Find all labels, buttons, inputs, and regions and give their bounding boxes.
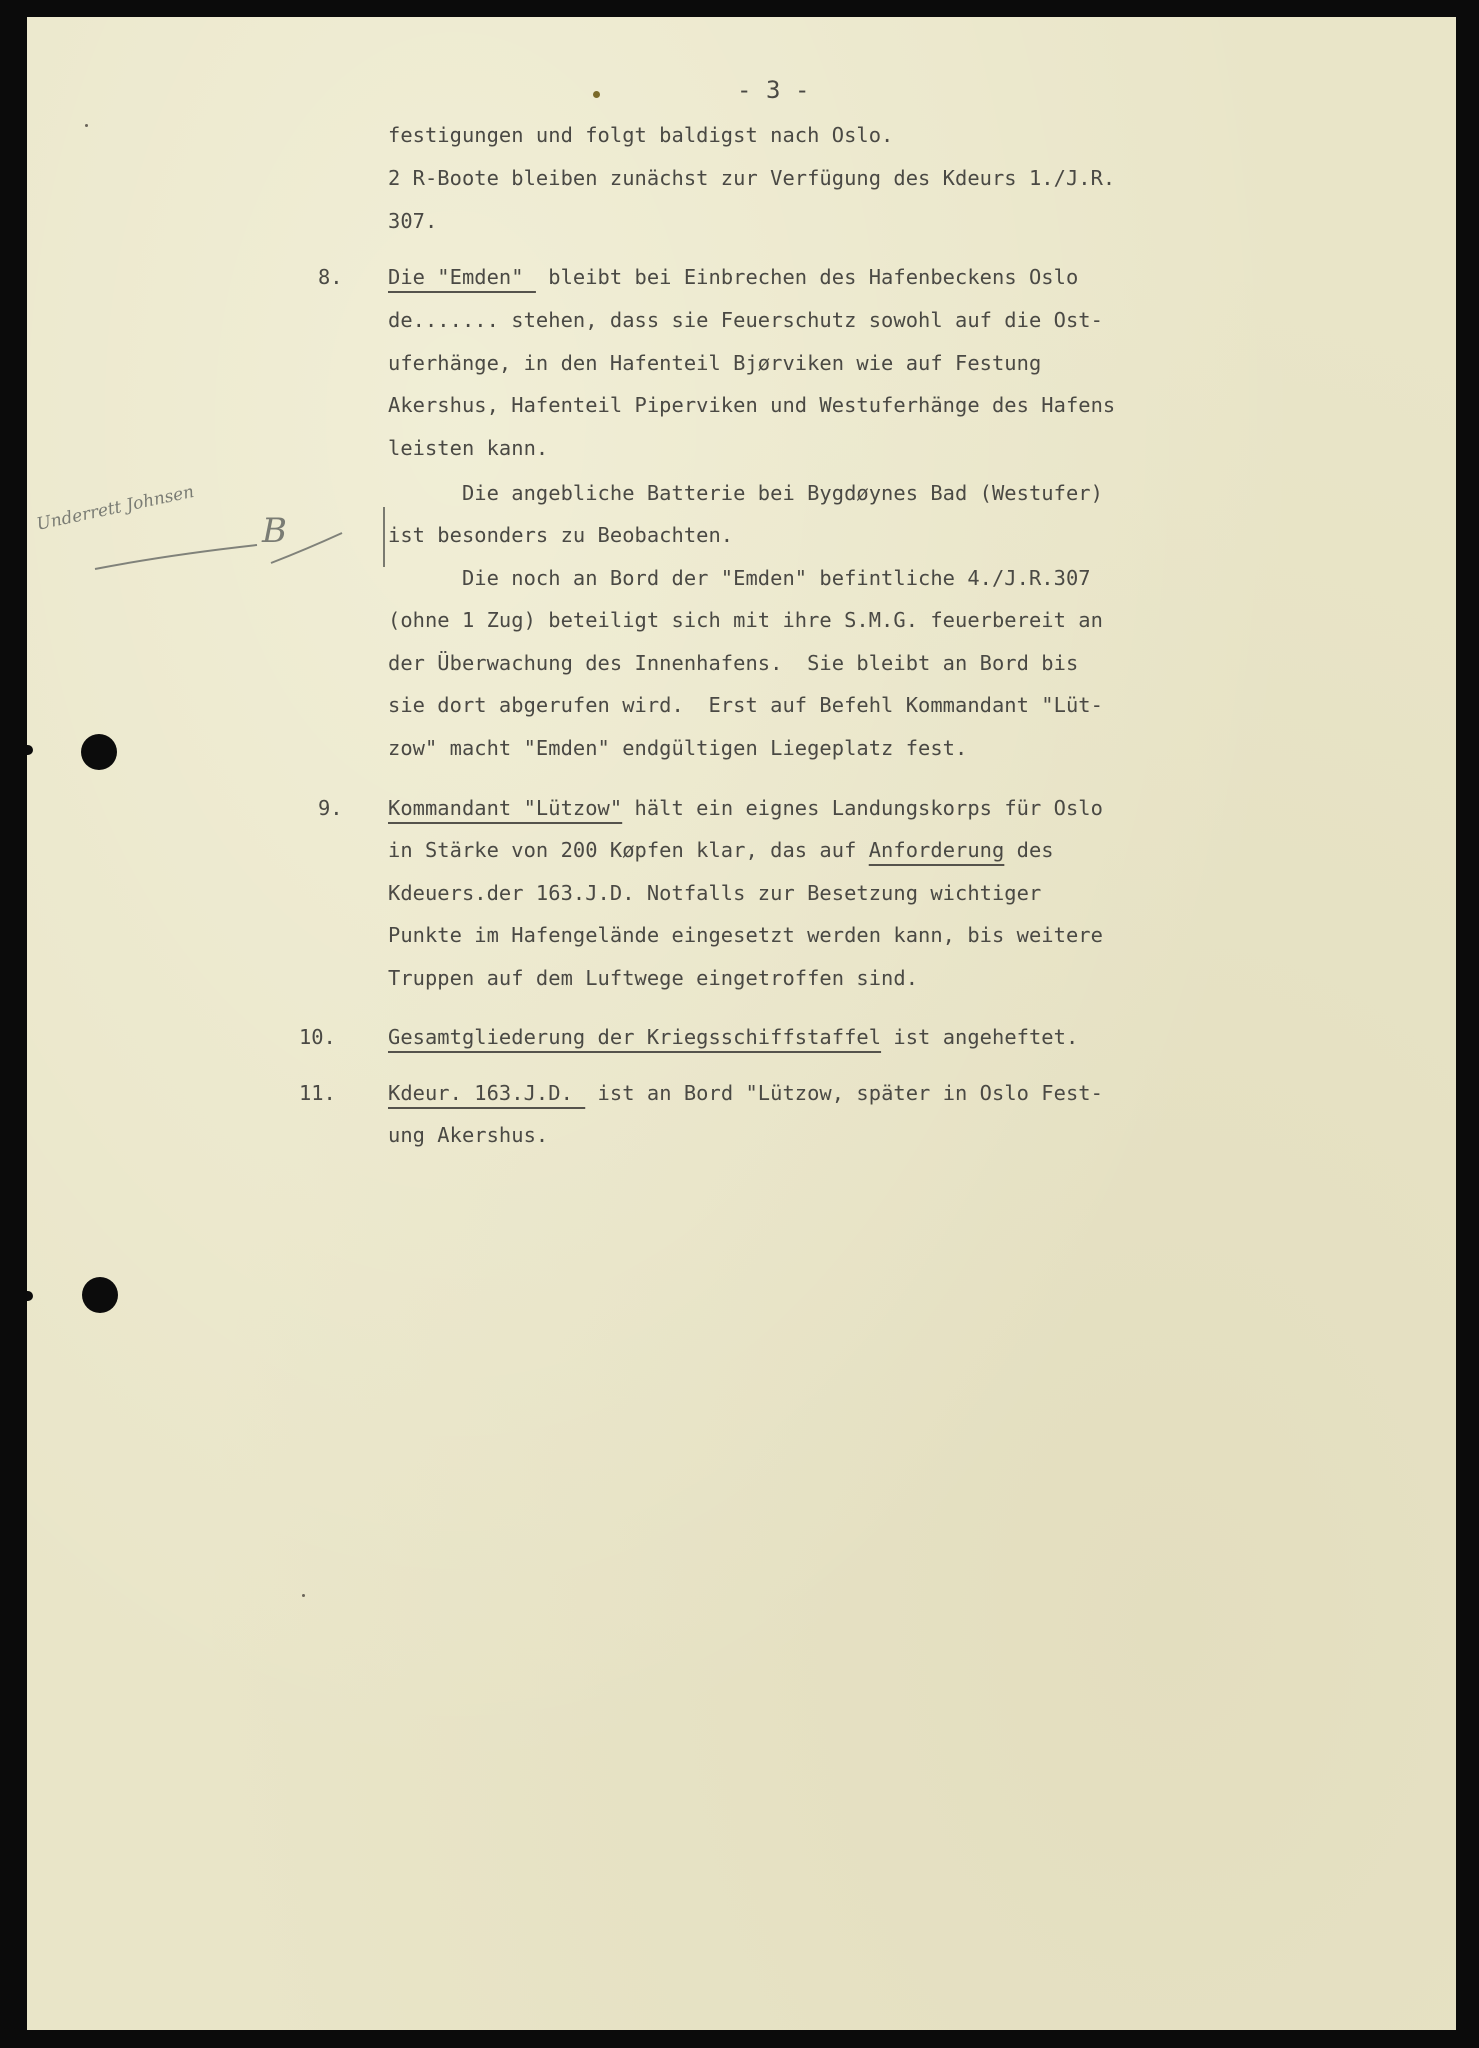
document-page: - 3 - festigungen und folgt baldigst nac… [27,17,1456,2030]
item-8-line-3: uferhänge, in den Hafenteil Bjørviken wi… [388,348,1041,378]
continuation-line-2: 2 R-Boote bleiben zunächst zur Verfügung… [388,163,1115,193]
item-11-number: 11. [299,1078,336,1108]
page-number: - 3 - [737,75,810,105]
item-9-line-4: Punkte im Hafengelände eingesetzt werden… [388,920,1103,950]
item-11-heading: Kdeur. 163.J.D. [388,1081,585,1105]
item-8-line-4: Akershus, Hafenteil Piperviken und Westu… [388,390,1115,420]
item-10-number: 10. [299,1022,336,1052]
item-8-para2-line-1: Die angebliche Batterie bei Bygdøynes Ba… [388,478,1103,508]
handwritten-name: Underrett Johnsen [35,482,196,535]
item-9-line-2: in Stärke von 200 Køpfen klar, das auf A… [388,835,1054,865]
binding-hole-bottom [82,1277,118,1313]
item-8-para3-line-1: Die noch an Bord der "Emden" befintliche… [388,563,1091,593]
item-9-heading: Kommandant "Lützow" [388,796,622,820]
item-8-para2-line-2: ist besonders zu Beobachten. [388,520,733,550]
initials-stroke [267,527,347,567]
binding-hole-top [81,734,117,770]
item-8-line-2: de....... stehen, dass sie Feuerschutz s… [388,305,1103,335]
item-9-line-5: Truppen auf dem Luftwege eingetroffen si… [388,963,918,993]
item-10-heading: Gesamtgliederung der Kriegsschiffstaffel [388,1025,881,1049]
item-8-number: 8. [318,262,343,292]
item-11-first-line: Kdeur. 163.J.D. ist an Bord "Lützow, spä… [388,1078,1103,1108]
item-8-para3-line-4: sie dort abgerufen wird. Erst auf Befehl… [388,690,1103,720]
speck [302,1594,305,1597]
continuation-line-3: 307. [388,206,437,236]
item-10-line-1: ist angeheftet. [881,1025,1078,1049]
margin-bar [383,507,385,567]
item-9-line-2-tail: des [1004,838,1053,862]
item-8-para3-line-3: der Überwachung des Innenhafens. Sie ble… [388,648,1078,678]
item-8-para3-line-2: (ohne 1 Zug) beteiligt sich mit ihre S.M… [388,605,1103,635]
item-9-first-line: Kommandant "Lützow" hält ein eignes Land… [388,793,1103,823]
item-9-line-2-text: in Stärke von 200 Køpfen klar, das auf [388,838,869,862]
item-8-para3-line-5: zow" macht "Emden" endgültigen Liegeplat… [388,733,967,763]
continuation-line-1: festigungen und folgt baldigst nach Oslo… [388,120,893,150]
item-8-line-1: bleibt bei Einbrechen des Hafenbeckens O… [536,265,1078,289]
item-9-underlined-word: Anforderung [869,838,1005,862]
handwritten-underline [67,537,267,577]
speck [85,124,88,127]
item-8-heading: Die "Emden" [388,265,536,289]
item-9-line-3: Kdeuers.der 163.J.D. Notfalls zur Besetz… [388,878,1041,908]
item-10-line: Gesamtgliederung der Kriegsschiffstaffel… [388,1022,1078,1052]
item-11-line-2: ung Akershus. [388,1120,548,1150]
item-9-line-1: hält ein eignes Landungskorps für Oslo [622,796,1103,820]
item-8-line-5: leisten kann. [388,433,548,463]
ink-dot [593,91,600,98]
item-11-line-1: ist an Bord "Lützow, später in Oslo Fest… [585,1081,1103,1105]
item-8-first-line: Die "Emden" bleibt bei Einbrechen des Ha… [388,262,1078,292]
item-9-number: 9. [318,793,343,823]
